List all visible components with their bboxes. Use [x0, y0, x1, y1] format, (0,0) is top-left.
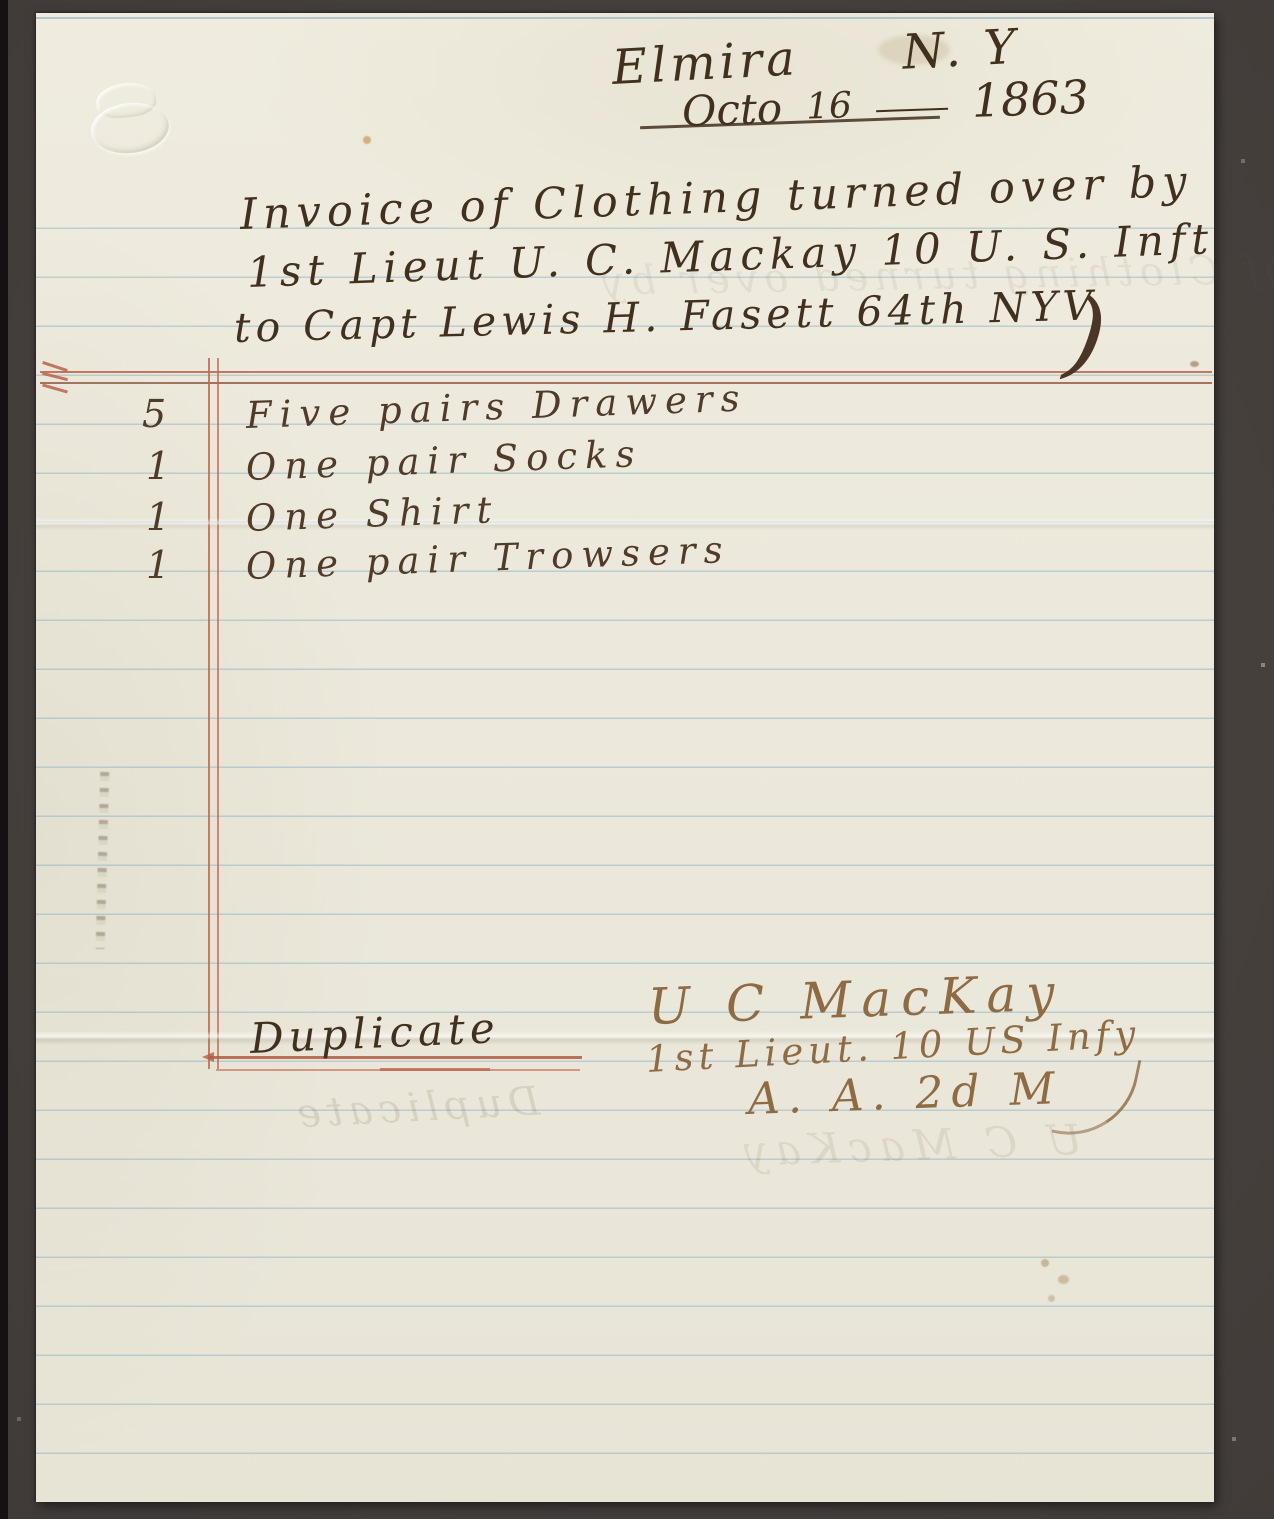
duplicate-underline-arrow [202, 1052, 214, 1062]
item-qty: 1 [146, 543, 170, 587]
item-qty: 5 [142, 392, 166, 436]
dust-specks [0, 0, 2, 2]
red-rule-vertical-1 [208, 358, 210, 1069]
date-year: 1863 [971, 70, 1090, 128]
date-dash-stroke [876, 107, 948, 112]
ruled-line-top [36, 17, 1214, 19]
item-qty: 1 [146, 444, 170, 488]
red-rule-vertical-2 [217, 358, 219, 1069]
stain [363, 136, 371, 144]
scan-edge-strip [0, 0, 8, 1519]
item-description: One Shirt [245, 488, 500, 540]
place-state: N. Y [901, 19, 1021, 81]
duplicate-underline-3 [380, 1068, 490, 1071]
item-qty: 1 [146, 495, 170, 539]
photo-background: Invoice of Clothing turned over by Dupli… [0, 0, 1274, 1519]
date-month: Octo [681, 83, 783, 135]
ruled-lines [36, 180, 1214, 1474]
fold-crease-upper [36, 518, 1214, 530]
embossed-seal [80, 72, 180, 165]
red-rule-horizontal-1 [40, 371, 1212, 373]
